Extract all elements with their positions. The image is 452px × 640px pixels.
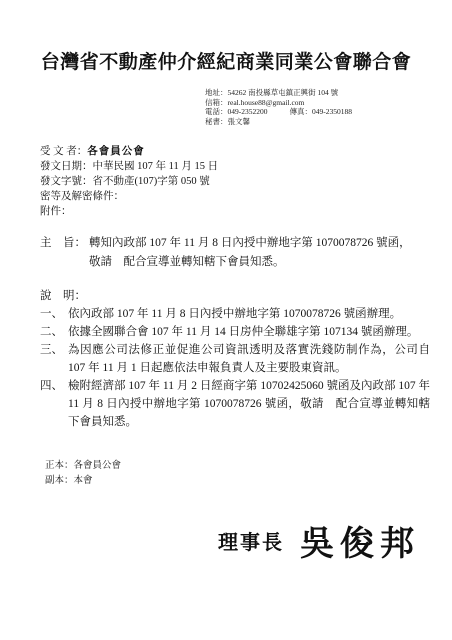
contact-secretary: 秘書：張文馨 [205, 117, 452, 127]
explanation-item: 四、 檢附經濟部 107 年 11 月 2 日經商字第 10702425060 … [40, 377, 430, 431]
explanation-block: 說 明： 一、 依內政部 107 年 11 月 8 日內授中辦地字第 10700… [40, 287, 430, 431]
contact-phone-fax: 電話：049-2352200 傳真：049-2350188 [205, 107, 452, 117]
signature-row: 理事長 吳俊邦 [0, 516, 452, 565]
subject-label: 主 旨： [40, 234, 89, 272]
subject-block: 主 旨： 轉知內政部 107 年 11 月 8 日內授中辦地字第 1070078… [40, 234, 426, 272]
explanation-item: 二、 依據全國聯合會 107 年 11 月 14 日房仲全聯雄字第 107134… [40, 323, 430, 341]
recipient-label: 受 文 者： [40, 146, 87, 157]
ref-number-line: 發文字號：省不動產(107)字第 050 號 [40, 174, 452, 189]
recipient-value: 各會員公會 [87, 146, 145, 157]
item-number: 二、 [40, 323, 68, 341]
subject-content: 轉知內政部 107 年 11 月 8 日內授中辦地字第 1070078726 號… [89, 234, 426, 272]
contact-email: 信箱：real.house88@gmail.com [205, 98, 452, 108]
cc-copy-line: 副本：本會 [45, 474, 452, 489]
official-letter-page: 台灣省不動產仲介經紀商業同業公會聯合會 地址：54262 南投縣草屯鎮正興街 1… [0, 0, 452, 640]
original-copy-line: 正本：各會員公會 [45, 459, 452, 474]
item-text: 依內政部 107 年 11 月 8 日內授中辦地字第 1070078726 號函… [68, 305, 430, 323]
contact-block: 地址：54262 南投縣草屯鎮正興街 104 號 信箱：real.house88… [205, 88, 452, 126]
item-number: 三、 [40, 341, 68, 377]
item-text: 檢附經濟部 107 年 11 月 2 日經商字第 10702425060 號函及… [68, 377, 430, 431]
explanation-label: 說 明： [40, 287, 430, 305]
item-number: 四、 [40, 377, 68, 431]
chairman-name: 吳俊邦 [300, 516, 420, 565]
contact-address: 地址：54262 南投縣草屯鎮正興街 104 號 [205, 88, 452, 98]
subject-line-2: 敬請 配合宣導並轉知轄下會員知悉。 [89, 253, 426, 272]
explanation-item: 一、 依內政部 107 年 11 月 8 日內授中辦地字第 1070078726… [40, 305, 430, 323]
item-text: 依據全國聯合會 107 年 11 月 14 日房仲全聯雄字第 107134 號函… [68, 323, 430, 341]
chairman-title: 理事長 [218, 526, 284, 555]
contact-fax: 傳真：049-2350188 [290, 107, 353, 117]
security-level-line: 密等及解密條件： [40, 189, 452, 204]
attachment-line: 附件： [40, 204, 452, 219]
item-text: 為因應公司法修正並促進公司資訊透明及落實洗錢防制作為，公司自 107 年 11 … [68, 341, 430, 377]
letter-meta-block: 受 文 者：各會員公會 發文日期：中華民國 107 年 11 月 15 日 發文… [40, 144, 452, 219]
issue-date-line: 發文日期：中華民國 107 年 11 月 15 日 [40, 159, 452, 174]
item-number: 一、 [40, 305, 68, 323]
contact-phone: 電話：049-2352200 [205, 107, 268, 117]
recipient-line: 受 文 者：各會員公會 [40, 144, 452, 159]
subject-line-1: 轉知內政部 107 年 11 月 8 日內授中辦地字第 1070078726 號… [89, 234, 426, 253]
copies-block: 正本：各會員公會 副本：本會 [45, 459, 452, 488]
explanation-item: 三、 為因應公司法修正並促進公司資訊透明及落實洗錢防制作為，公司自 107 年 … [40, 341, 430, 377]
organization-title: 台灣省不動產仲介經紀商業同業公會聯合會 [0, 0, 452, 74]
